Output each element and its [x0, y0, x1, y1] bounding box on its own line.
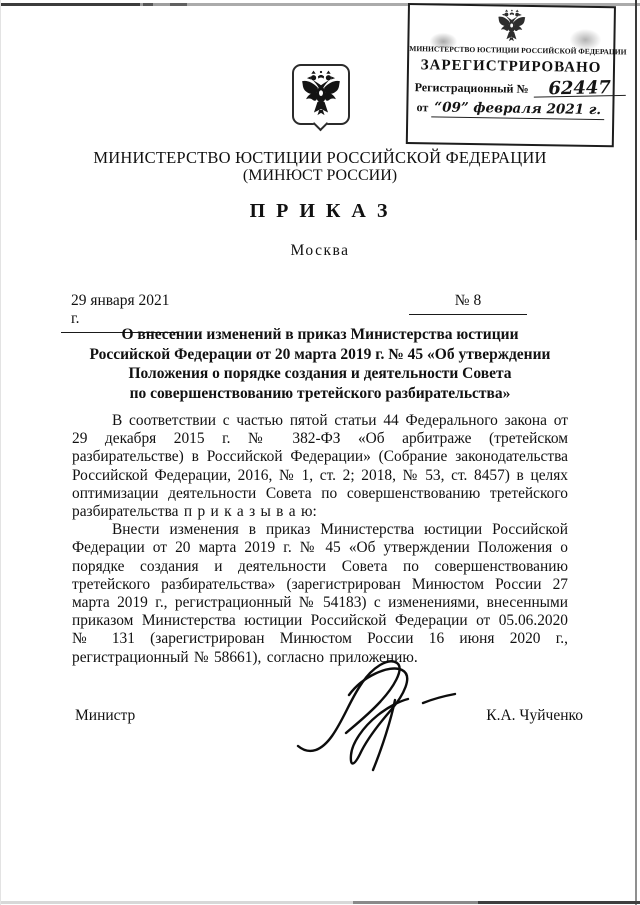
ministry-short-name: (МИНЮСТ РОССИИ)	[0, 167, 640, 185]
double-headed-eagle-icon	[299, 69, 343, 119]
order-subject: О внесении изменений в приказ Министерст…	[40, 325, 600, 403]
ministry-title: МИНИСТЕРСТВО ЮСТИЦИИ РОССИЙСКОЙ ФЕДЕРАЦИ…	[0, 148, 640, 168]
document-type-title: П Р И К А З	[0, 200, 640, 223]
page-border-bottom	[0, 901, 640, 904]
ink-smudge	[429, 32, 457, 50]
stamp-date-value-handwritten: “09” февраля 2021 г.	[431, 99, 604, 120]
body-paragraph: В соответствии с частью пятой статьи 44 …	[72, 412, 568, 521]
subject-line: Российской Федерации от 20 марта 2019 г.…	[40, 345, 600, 365]
stamp-registered-label: ЗАРЕГИСТРИРОВАНО	[409, 57, 613, 77]
page-border-right	[635, 0, 637, 905]
subject-line: по совершенствованию третейского разбира…	[40, 384, 600, 404]
subject-line: О внесении изменений в приказ Министерст…	[40, 325, 600, 345]
stamp-date-line: от “09” февраля 2021 г.	[408, 99, 612, 118]
handwritten-signature	[292, 650, 468, 778]
registration-stamp: МИНИСТЕРСТВО ЮСТИЦИИ РОССИЙСКОЙ ФЕДЕРАЦИ…	[406, 3, 616, 147]
signer-name: К.А. Чуйченко	[486, 707, 583, 725]
body-paragraph: Внести изменения в приказ Министерства ю…	[72, 521, 568, 667]
page-border-left	[0, 0, 1, 905]
signer-position: Министр	[75, 707, 135, 725]
coat-of-arms-box	[292, 64, 350, 125]
order-date-text: 29 января 2021 г.	[71, 292, 170, 327]
subject-line: Положения о порядке создания и деятельно…	[40, 364, 600, 384]
stamp-reg-number-value-handwritten: 62447	[533, 81, 625, 98]
stamp-date-prefix: от	[417, 100, 429, 114]
stamp-registration-number-line: Регистрационный № 62447	[409, 79, 613, 98]
stamp-reg-number-label: Регистрационный №	[415, 80, 529, 96]
order-number-text: № 8	[455, 292, 481, 309]
double-headed-eagle-icon	[495, 8, 528, 43]
scanned-order-document: { "stamp": { "ministry_line": "МИНИСТЕРС…	[0, 0, 640, 905]
order-body: В соответствии с частью пятой статьи 44 …	[72, 412, 568, 667]
ink-smudge	[569, 29, 601, 51]
order-number: № 8	[409, 292, 527, 315]
issue-city: Москва	[0, 242, 640, 260]
